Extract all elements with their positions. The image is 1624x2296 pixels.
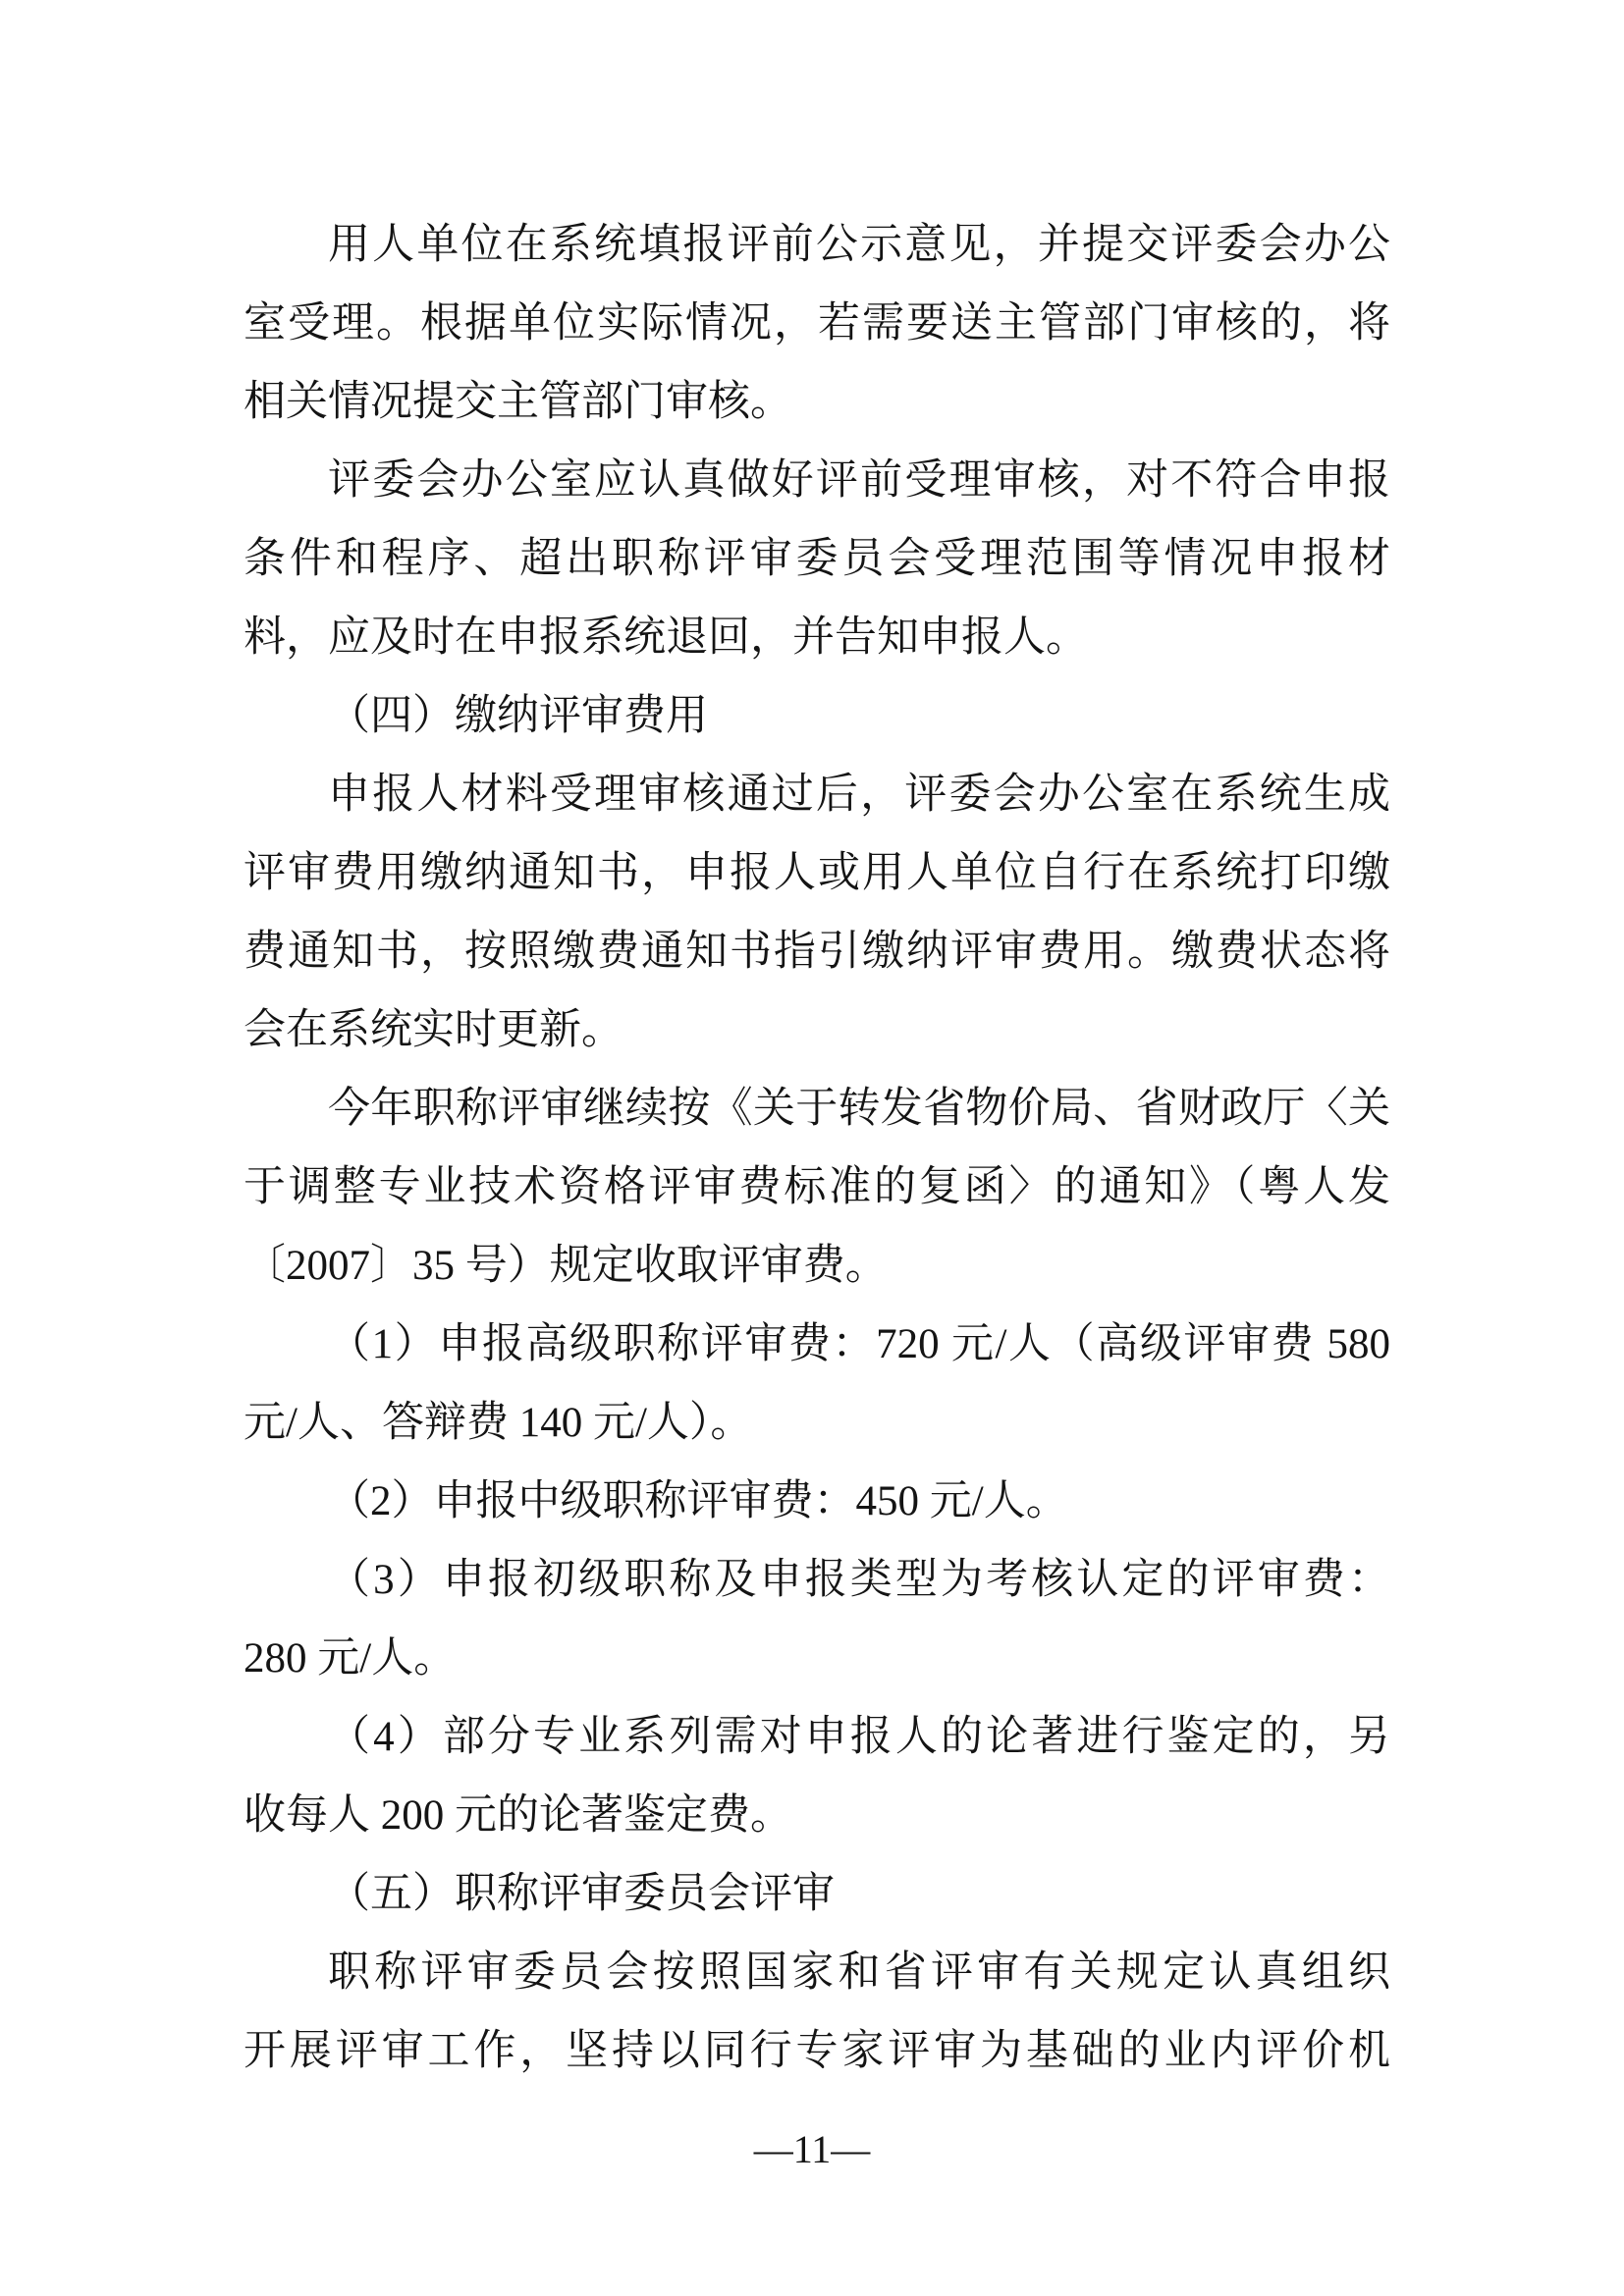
body-line: 元/人、答辩费 140 元/人）。	[244, 1384, 1390, 1463]
section-heading-4: （四）缴纳评审费用	[244, 677, 1390, 756]
body-line: 用人单位在系统填报评前公示意见，并提交评委会办公	[244, 206, 1390, 285]
body-line: 收每人 200 元的论著鉴定费。	[244, 1777, 1390, 1855]
body-line: 今年职称评审继续按《关于转发省物价局、省财政厅〈关	[244, 1070, 1390, 1148]
body-line: 开展评审工作，坚持以同行专家评审为基础的业内评价机	[244, 2012, 1390, 2091]
page-number: —11—	[0, 2126, 1624, 2173]
body-line-fee-senior: （1）申报高级职称评审费：720 元/人（高级评审费 580	[244, 1306, 1390, 1384]
body-line: 费通知书，按照缴费通知书指引缴纳评审费用。缴费状态将	[244, 913, 1390, 991]
body-line: 条件和程序、超出职称评审委员会受理范围等情况申报材	[244, 520, 1390, 599]
body-line: 相关情况提交主管部门审核。	[244, 363, 1390, 442]
document-body: 用人单位在系统填报评前公示意见，并提交评委会办公 室受理。根据单位实际情况，若需…	[244, 206, 1390, 2091]
body-line: 职称评审委员会按照国家和省评审有关规定认真组织	[244, 1934, 1390, 2012]
body-line: 室受理。根据单位实际情况，若需要送主管部门审核的，将	[244, 285, 1390, 363]
body-line: 评委会办公室应认真做好评前受理审核，对不符合申报	[244, 442, 1390, 520]
document-page: 用人单位在系统填报评前公示意见，并提交评委会办公 室受理。根据单位实际情况，若需…	[0, 0, 1624, 2296]
body-line: 于调整专业技术资格评审费标准的复函〉的通知》（粤人发	[244, 1148, 1390, 1227]
body-line: 〔2007〕35 号）规定收取评审费。	[244, 1227, 1390, 1306]
body-line: 料，应及时在申报系统退回，并告知申报人。	[244, 599, 1390, 677]
section-heading-5: （五）职称评审委员会评审	[244, 1855, 1390, 1934]
body-line: 280 元/人。	[244, 1620, 1390, 1698]
body-line-fee-middle: （2）申报中级职称评审费：450 元/人。	[244, 1463, 1390, 1541]
body-line: 申报人材料受理审核通过后，评委会办公室在系统生成	[244, 756, 1390, 834]
body-line: 会在系统实时更新。	[244, 991, 1390, 1070]
body-line-fee-junior: （3）申报初级职称及申报类型为考核认定的评审费：	[244, 1541, 1390, 1620]
body-line-fee-review: （4）部分专业系列需对申报人的论著进行鉴定的，另	[244, 1698, 1390, 1777]
body-line: 评审费用缴纳通知书，申报人或用人单位自行在系统打印缴	[244, 834, 1390, 913]
